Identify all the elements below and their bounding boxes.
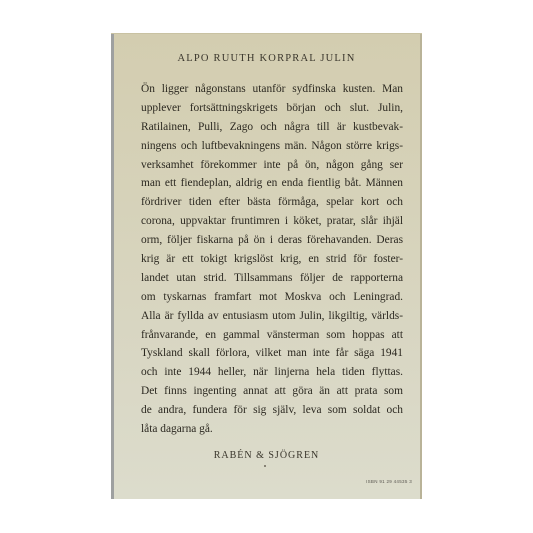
blurb-text: Ön ligger någonstans utanför sydfinska k… bbox=[141, 80, 403, 439]
blurb-line: Det finns ingenting annat att göra än at… bbox=[141, 382, 403, 401]
blurb-line: man ett fiendeplan, aldrig en enda fient… bbox=[141, 174, 403, 193]
book-back-cover: ALPO RUUTH KORPRAL JULIN Ön ligger någon… bbox=[111, 33, 422, 499]
blurb-line: ningens och luftbevakningens män. Någon … bbox=[141, 137, 403, 156]
blurb-line: corona, uppvaktar fruntimren i köket, pr… bbox=[141, 212, 403, 231]
blurb-line: krig är ett tokigt krigslöst krig, en st… bbox=[141, 250, 403, 269]
isbn-number: ISBN 91 29 44535 3 bbox=[366, 479, 412, 484]
author-and-title: ALPO RUUTH KORPRAL JULIN bbox=[111, 53, 422, 64]
blurb-line: om tyskarnas framfart mot Moskva och Len… bbox=[141, 288, 403, 307]
blurb-line: Tyskland skall förlora, vilket man inte … bbox=[141, 344, 403, 363]
blurb-line: låta dagarna gå. bbox=[141, 420, 403, 439]
blurb-line: upplever fortsättningskrigets början och… bbox=[141, 99, 403, 118]
blurb-line: landet utan strid. Tillsammans följer de… bbox=[141, 269, 403, 288]
blurb-line: Ratilainen, Pulli, Zago och några till ä… bbox=[141, 118, 403, 137]
blurb-line: och inte 1944 heller, när linjerna hela … bbox=[141, 363, 403, 382]
blurb-line: orm, följer fiskarna på ön i deras föreh… bbox=[141, 231, 403, 250]
blurb-line: verksamhet förekommer inte på ön, någon … bbox=[141, 156, 403, 175]
blurb-line: de andra, fundera för sig själv, leva so… bbox=[141, 401, 403, 420]
blurb-line: Ön ligger någonstans utanför sydfinska k… bbox=[141, 80, 403, 99]
publisher-name: RABÉN & SJÖGREN bbox=[111, 450, 422, 461]
blurb-line: frånvarande, en gammal vänsterman som ho… bbox=[141, 326, 403, 345]
blurb-line: Alla är fyllda av entusiasm utom Julin, … bbox=[141, 307, 403, 326]
publisher-ornament-icon bbox=[264, 465, 266, 467]
blurb-line: fördriver tiden efter bästa förmåga, spe… bbox=[141, 193, 403, 212]
